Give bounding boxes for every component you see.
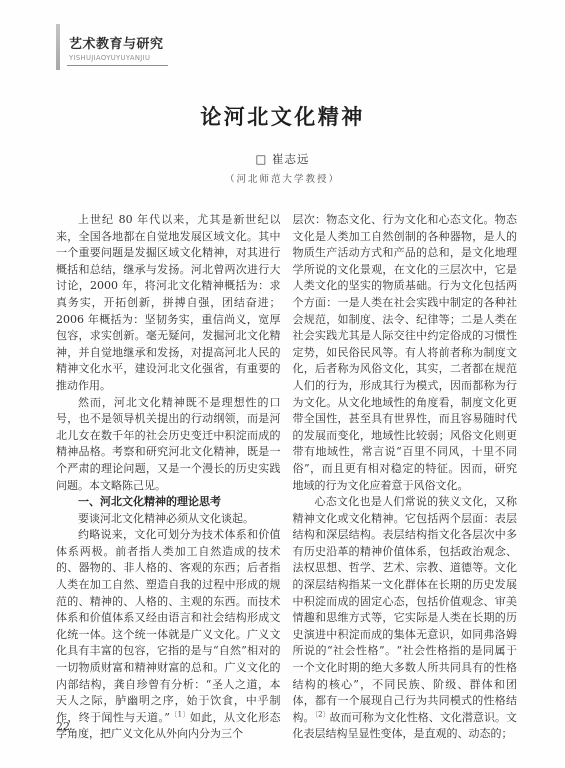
section-heading: 一、河北文化精神的理论思考 xyxy=(56,494,281,511)
body-paragraph: 层次：物态文化、行为文化和心态文化。物态文化是人类加工自然创制的各种器物，是人的… xyxy=(293,212,518,494)
article-body: 上世纪 80 年代以来，尤其是新世纪以来，全国各地都在自觉地发展区域文化。其中一… xyxy=(56,212,517,743)
journal-title: 艺术教育与研究 xyxy=(69,38,164,53)
journal-masthead: 艺术教育与研究 YISHUJIAOYUYUYANJIU xyxy=(56,24,168,70)
body-column-left: 上世纪 80 年代以来，尤其是新世纪以来，全国各地都在自觉地发展区域文化。其中一… xyxy=(56,212,281,743)
body-paragraph: 心态文化也是人们常说的狭义文化，又称精神文化或文化精神。它包括两个层面：表层结构… xyxy=(293,494,518,743)
page-number: 22 xyxy=(56,720,70,733)
author-name: 崔志远 xyxy=(272,152,310,166)
body-paragraph: 上世纪 80 年代以来，尤其是新世纪以来，全国各地都在自觉地发展区域文化。其中一… xyxy=(56,212,281,395)
article-title: 论河北文化精神 xyxy=(0,101,565,131)
masthead-text-block: 艺术教育与研究 YISHUJIAOYUYUYANJIU xyxy=(67,24,168,66)
masthead-accent-bar xyxy=(56,24,60,70)
footnote-marker: 〔1〕 xyxy=(170,710,190,718)
journal-page: 艺术教育与研究 YISHUJIAOYUYUYANJIU 论河北文化精神 □ 崔志… xyxy=(0,0,565,768)
body-paragraph: 然而，河北文化精神既不是理想性的口号，也不是领导机关提出的行动纲领，而是河北儿女… xyxy=(56,395,281,495)
body-paragraph: 要谈河北文化精神必须从文化谈起。 xyxy=(56,511,281,528)
footnote-marker: 〔2〕 xyxy=(315,710,330,718)
body-column-right: 层次：物态文化、行为文化和心态文化。物态文化是人类加工自然创制的各种器物，是人的… xyxy=(293,212,518,743)
body-paragraph: 约略说来，文化可划分为技术体系和价值体系两极。前者指人类加工自然造成的技术的、器… xyxy=(56,527,281,743)
author-marker-icon: □ xyxy=(255,152,267,166)
journal-title-pinyin: YISHUJIAOYUYUYANJIU xyxy=(69,54,164,62)
author-affiliation: （河北师范大学教授） xyxy=(0,171,565,185)
author-byline: □ 崔志远 xyxy=(0,151,565,167)
